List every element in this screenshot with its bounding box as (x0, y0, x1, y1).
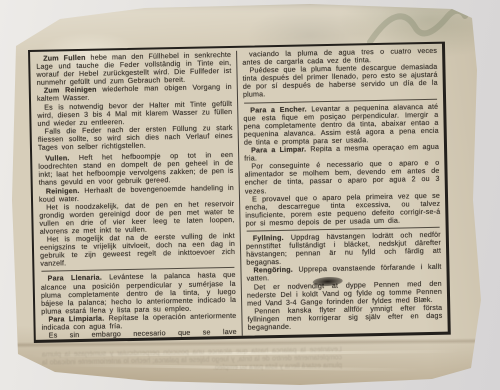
photo-background: Zum Fullen hebe man den Füllhebel in sen… (0, 0, 500, 390)
paragraph: Fyllning. Uppdrag hävstangen lodrätt och… (246, 231, 442, 267)
column-divider (236, 51, 243, 336)
paragraph: Por conseguinte é necessario que o aparo… (244, 159, 440, 195)
paragraph-text: E provavel que o aparo pela primeira vez… (245, 190, 440, 227)
paragraph: Es sin embargo necesario que se lave fre… (42, 328, 237, 340)
paragraph-text: Puédese que la pluma fuente descargue de… (243, 62, 438, 99)
bleed-through-text: Levántese la palanca hasta que alcance u… (42, 346, 342, 375)
paragraph: Het is mogelijk dat na de eerste vulling… (40, 232, 236, 268)
paragraph-text: Pennen kanska flyter alltför ymnigt efte… (247, 303, 442, 332)
instruction-leaflet: Zum Fullen hebe man den Füllhebel in sen… (0, 0, 500, 390)
paragraph-text: Por conseguinte é necessario que o aparo… (244, 158, 439, 195)
language-section: Para a Encher. Levantar a pequenina alav… (243, 102, 440, 227)
paragraph-text: Het is mogelijk dat na de eerste vulling… (40, 231, 235, 268)
paragraph: E provavel que o aparo pela primeira vez… (245, 191, 441, 227)
paragraph: Falls die Feder nach der ersten Füllung … (38, 124, 233, 152)
paragraph: Pennen kanska flyter alltför ymnigt efte… (247, 304, 442, 332)
language-section: vaciando la pluma de agua tres o cuatro … (242, 47, 438, 99)
paragraph: Puédese que la pluma fuente descargue de… (242, 63, 438, 99)
text-frame: Zum Fullen hebe man den Füllhebel in sen… (28, 42, 451, 343)
paragraph: Het is noodzakelijk, dat de pen en het r… (39, 200, 235, 236)
language-section: Vullen. Heft het hefboompje op tot in ee… (38, 151, 235, 268)
language-section: Zum Fullen hebe man den Füllhebel in sen… (36, 51, 233, 152)
paragraph-text: Het is noodzakelijk, dat de pen en het r… (39, 199, 234, 236)
column-right: vaciando la pluma de agua tres o cuatro … (242, 47, 443, 336)
language-section: Para Llenaria. Levántese la palanca hast… (41, 271, 237, 339)
paragraph: Para Llenaria. Levántese la palanca hast… (41, 271, 237, 315)
paragraph: Para a Encher. Levantar a pequenina alav… (243, 102, 439, 146)
language-section: Fyllning. Uppdrag hävstangen lodrätt och… (246, 231, 443, 332)
column-left: Zum Fullen hebe man den Füllhebel in sen… (36, 51, 237, 340)
paragraph-text: Falls die Feder nach der ersten Füllung … (38, 123, 233, 152)
paragraph: Vullen. Heft het hefboompje op tot in ee… (38, 151, 234, 187)
paragraph: Zum Fullen hebe man den Füllhebel in sen… (36, 51, 232, 87)
paragraph-lead: Para a Limpar. (251, 144, 306, 154)
